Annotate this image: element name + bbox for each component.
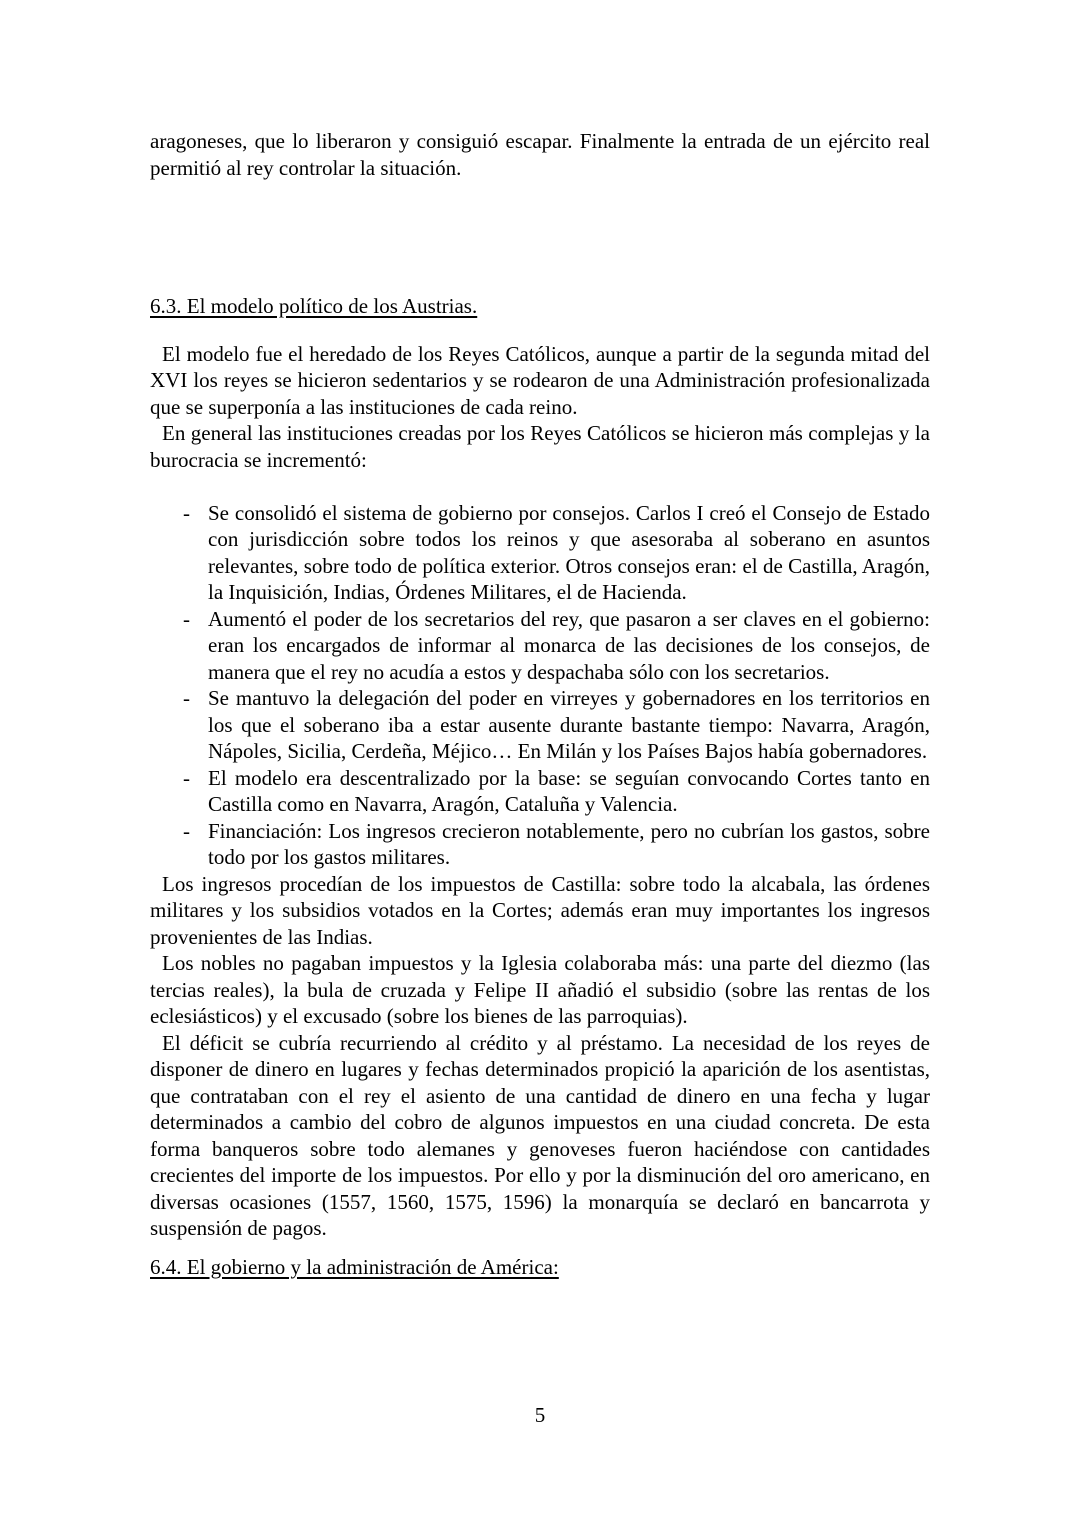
- bullet-list: - Se consolidó el sistema de gobierno po…: [150, 500, 930, 871]
- dash-bullet: -: [183, 765, 190, 792]
- dash-bullet: -: [183, 685, 190, 712]
- list-item-text: Aumentó el poder de los secretarios del …: [208, 606, 930, 686]
- list-item-consejos: - Se consolidó el sistema de gobierno po…: [150, 500, 930, 606]
- section-heading-6-3: 6.3. El modelo político de los Austrias.: [150, 293, 930, 320]
- paragraph-deficit: El déficit se cubría recurriendo al créd…: [150, 1030, 930, 1242]
- list-item-text: Se mantuvo la delegación del poder en vi…: [208, 685, 930, 765]
- dash-bullet: -: [183, 500, 190, 527]
- text-column: aragoneses, que lo liberaron y consiguió…: [150, 0, 930, 1280]
- document-page: aragoneses, que lo liberaron y consiguió…: [0, 0, 1080, 1528]
- list-item-secretarios: - Aumentó el poder de los secretarios de…: [150, 606, 930, 686]
- paragraph-ingresos: Los ingresos procedían de los impuestos …: [150, 871, 930, 951]
- dash-bullet: -: [183, 818, 190, 845]
- list-item-virreyes: - Se mantuvo la delegación del poder en …: [150, 685, 930, 765]
- paragraph-model-heredado: El modelo fue el heredado de los Reyes C…: [150, 341, 930, 421]
- list-item-text: El modelo era descentralizado por la bas…: [208, 765, 930, 818]
- section-heading-6-4: 6.4. El gobierno y la administración de …: [150, 1254, 930, 1281]
- paragraph-nobles-iglesia: Los nobles no pagaban impuestos y la Igl…: [150, 950, 930, 1030]
- list-item-descentralizado: - El modelo era descentralizado por la b…: [150, 765, 930, 818]
- paragraph-continuation: aragoneses, que lo liberaron y consiguió…: [150, 128, 930, 181]
- list-item-financiacion: - Financiación: Los ingresos crecieron n…: [150, 818, 930, 871]
- dash-bullet: -: [183, 606, 190, 633]
- paragraph-instituciones: En general las instituciones creadas por…: [150, 420, 930, 473]
- page-number: 5: [0, 1402, 1080, 1429]
- list-item-text: Se consolidó el sistema de gobierno por …: [208, 500, 930, 606]
- section-heading-6-4-text: 6.4. El gobierno y la administración de …: [150, 1255, 559, 1279]
- list-item-text: Financiación: Los ingresos crecieron not…: [208, 818, 930, 871]
- section-heading-6-3-text: 6.3. El modelo político de los Austrias.: [150, 294, 477, 318]
